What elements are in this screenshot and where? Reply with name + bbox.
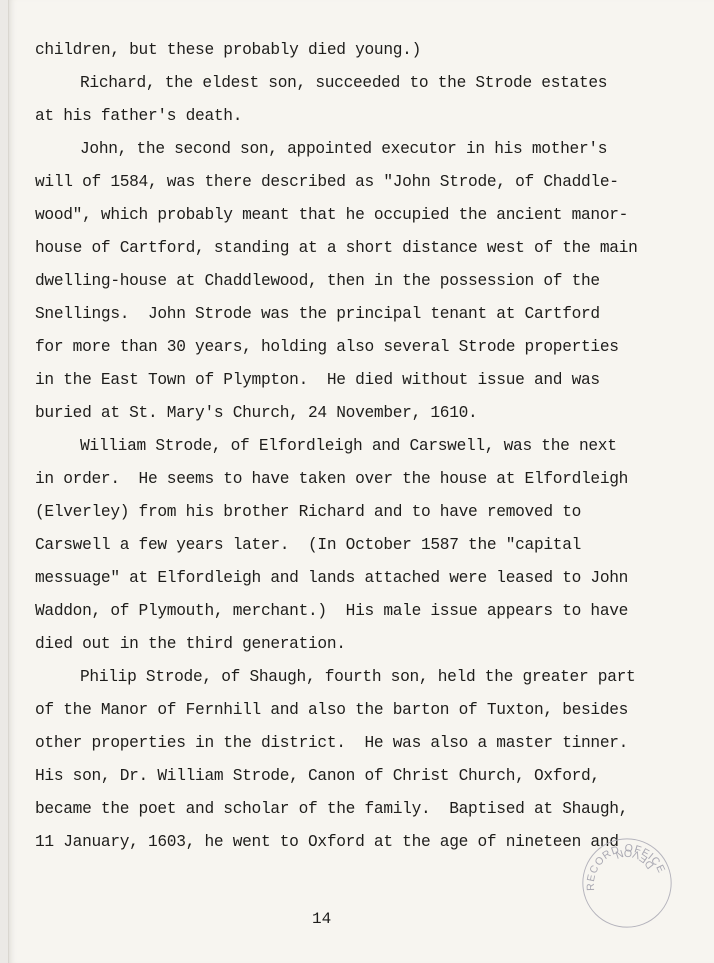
text-line: became the poet and scholar of the famil… [35,793,695,826]
page-number: 14 [312,910,331,928]
text-line: John, the second son, appointed executor… [35,133,695,166]
text-line: at his father's death. [35,100,695,133]
text-line: house of Cartford, standing at a short d… [35,232,695,265]
text-line: wood", which probably meant that he occu… [35,199,695,232]
text-line: Richard, the eldest son, succeeded to th… [35,67,695,100]
text-line: children, but these probably died young.… [35,34,695,67]
text-line: William Strode, of Elfordleigh and Carsw… [35,430,695,463]
text-line: Philip Strode, of Shaugh, fourth son, he… [35,661,695,694]
document-page: children, but these probably died young.… [8,0,714,963]
text-line: of the Manor of Fernhill and also the ba… [35,694,695,727]
text-line: dwelling-house at Chaddlewood, then in t… [35,265,695,298]
text-line: Snellings. John Strode was the principal… [35,298,695,331]
text-line: other properties in the district. He was… [35,727,695,760]
text-line: will of 1584, was there described as "Jo… [35,166,695,199]
text-line: died out in the third generation. [35,628,695,661]
text-line: (Elverley) from his brother Richard and … [35,496,695,529]
text-line: for more than 30 years, holding also sev… [35,331,695,364]
text-line: His son, Dr. William Strode, Canon of Ch… [35,760,695,793]
text-line: in the East Town of Plympton. He died wi… [35,364,695,397]
text-line: Carswell a few years later. (In October … [35,529,695,562]
stamp-icon: RECORD OFFICE DEVON [579,835,675,931]
record-office-stamp: RECORD OFFICE DEVON [579,835,675,931]
text-line: in order. He seems to have taken over th… [35,463,695,496]
typed-text-body: children, but these probably died young.… [35,34,695,859]
text-line: buried at St. Mary's Church, 24 November… [35,397,695,430]
text-line: messuage" at Elfordleigh and lands attac… [35,562,695,595]
text-line: Waddon, of Plymouth, merchant.) His male… [35,595,695,628]
